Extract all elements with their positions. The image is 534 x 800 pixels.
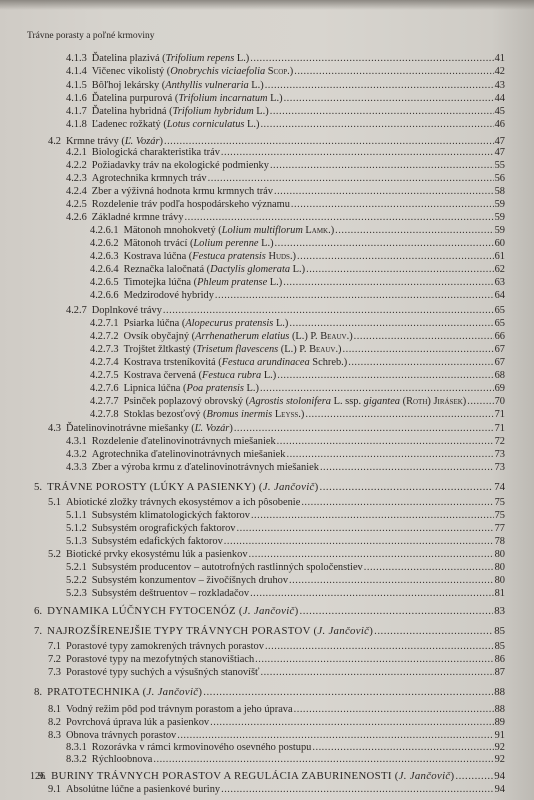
toc-entry-number: 4.2 [48,136,61,148]
toc-entry: 4.2.7.8Stoklas bezosťový (Bromus inermis… [90,409,505,421]
toc-entry-page: 94 [495,784,505,796]
toc-entry-page: 41 [495,53,505,65]
toc-entry-page: 88 [495,704,505,716]
leader-dots [277,370,493,382]
toc-entry: 4.2.7Doplnkové trávy65 [66,305,505,317]
toc-entry-number: 4.1.8 [66,119,87,131]
toc-entry: 9.BURINY TRÁVNYCH PORASTOV A REGULÁCIA Z… [38,770,505,782]
toc-entry-number: 5.2.2 [66,575,87,587]
running-head: Trávne porasty a poľné krmoviny [27,31,155,41]
toc-entry-page: 81 [495,588,505,600]
toc-entry-page: 92 [495,742,505,754]
leader-dots [306,264,494,276]
leader-dots [270,160,494,172]
leader-dots [260,383,494,395]
toc-entry: 5.1Abiotické zložky trávnych ekosystémov… [48,497,505,509]
toc-entry-page: 43 [495,80,505,92]
toc-entry-number: 4.2.5 [66,199,87,211]
toc-entry: 4.2.7.6Lipnica lúčna (Poa pratensis L.)6… [90,383,505,395]
leader-dots [250,53,493,65]
toc-entry-title: Povrchová úprava lúk a pasienkov [66,717,209,729]
page-top-shadow [0,0,534,10]
toc-entry-title: Obnova trávnych porastov [66,730,176,742]
leader-dots [364,562,494,574]
toc-entry-number: 4.2.7.4 [90,357,119,369]
toc-entry-number: 4.3.3 [66,462,87,474]
toc-entry-page: 67 [495,344,505,356]
toc-entry-page: 73 [495,462,505,474]
toc-entry-number: 4.2.6.2 [90,238,119,250]
leader-dots [300,605,494,617]
toc-entry: 4.3.1Rozdelenie ďatelinovinotrávnych mie… [66,436,505,448]
leader-dots [260,667,493,679]
toc-entry-number: 4.2.6.3 [90,251,119,263]
toc-entry-title: DYNAMIKA LÚČNYCH FYTOCENÓZ (J. Jančovič) [47,605,298,617]
toc-entry-title: Porastové typy zamokrených trávnych pora… [66,641,264,653]
leader-dots [467,396,493,408]
toc-entry-number: 5.1.2 [66,523,87,535]
toc-entry-page: 47 [495,147,505,159]
leader-dots [153,754,493,766]
toc-entry: 4.2.7.4Kostrava trsteníkovitá (Festuca a… [90,357,505,369]
toc-entry-title: Subsystém orografických faktorov [92,523,236,535]
leader-dots [301,497,493,509]
toc-entry-title: Kostrava lúčna (Festuca pratensis Huds.) [124,251,296,263]
toc-entry-page: 85 [495,641,505,653]
toc-entry-title: Biotické prvky ekosystému lúk a pasienko… [66,549,248,561]
leader-dots [274,186,494,198]
toc-entry-page: 62 [495,264,505,276]
toc-entry-page: 77 [495,523,505,535]
toc-entry: 8.3.2Rýchloobnova92 [66,754,505,766]
toc-entry: 4.3.3Zber a výroba krmu z ďatelinovinotr… [66,462,505,474]
leader-dots [348,357,493,369]
toc-entry: 4.1.6Ďatelina purpurová (Trifolium incar… [66,93,505,105]
toc-entry: 5.1.2Subsystém orografických faktorov77 [66,523,505,535]
toc-entry: 4.1.8Ľadenec rožkatý (Lotus corniculatus… [66,119,505,131]
toc-entry-page: 61 [495,251,505,263]
toc-entry-page: 85 [494,625,505,637]
toc-entry-number: 4.2.7.7 [90,396,119,408]
toc-entry-number: 4.3.2 [66,449,87,461]
toc-entry-page: 88 [494,686,505,698]
toc-entry: 4.2.6.4Reznačka laločnatá (Dactylis glom… [90,264,505,276]
toc-entry-title: Mätonoh trvácí (Lolium perenne L.) [124,238,274,250]
leader-dots [286,449,493,461]
toc-entry: 4.2.6.1Mätonoh mnohokvetý (Lolium multif… [90,225,505,237]
toc-entry-number: 4.2.7.2 [90,331,119,343]
toc-entry-page: 94 [494,770,505,782]
toc-entry-page: 91 [495,730,505,742]
toc-entry-number: 7.2 [48,654,61,666]
toc-entry-title: Vičenec vikolistý (Onobrychis viciaefoli… [92,66,293,78]
leader-dots [221,147,494,159]
toc-entry: 4.2.4Zber a výživná hodnota krmu krmnych… [66,186,505,198]
toc-entry: 4.2.6.6Medzirodové hybridy64 [90,290,505,302]
leader-dots [221,784,494,796]
toc-entry-number: 5.2.3 [66,588,87,600]
toc-entry-title: Subsystém konzumentov – živočíšnych druh… [92,575,288,587]
leader-dots [374,625,493,637]
leader-dots [203,686,493,698]
page-number: 126 [30,771,45,782]
toc-entry-number: 4.1.3 [66,53,87,65]
leader-dots [294,66,493,78]
toc-entry: 4.2.6.2Mätonoh trvácí (Lolium perenne L.… [90,238,505,250]
toc-entry: 4.1.7Ďatelina hybridná (Trifolium hybrid… [66,106,505,118]
toc-entry-page: 71 [495,409,505,421]
toc-entry: 8.2Povrchová úprava lúk a pasienkov89 [48,717,505,729]
toc-entry: 4.2.3Agrotechnika krmnych tráv56 [66,173,505,185]
toc-entry-title: Reznačka laločnatá (Dactylis glomerata L… [124,264,306,276]
leader-dots [234,423,494,435]
toc-entry-title: Kostrava červená (Festuca rubra L.) [124,370,277,382]
toc-entry-number: 4.3 [48,423,61,435]
leader-dots [335,225,493,237]
toc-entry-number: 4.2.7.3 [90,344,119,356]
toc-entry: 4.3.2Agrotechnika ďatelinovinotrávnych m… [66,449,505,461]
leader-dots [249,549,494,561]
toc-entry-page: 89 [495,717,505,729]
toc-entry: 6.DYNAMIKA LÚČNYCH FYTOCENÓZ (J. Jančovi… [34,605,505,617]
toc-entry-page: 55 [495,160,505,172]
leader-dots [177,730,493,742]
toc-entry-title: Biologická charakteristika tráv [92,147,220,159]
toc-entry-page: 69 [495,383,505,395]
toc-entry-page: 92 [495,754,505,766]
leader-dots [250,588,494,600]
leader-dots [354,331,494,343]
leader-dots [291,199,494,211]
toc-entry-page: 70 [495,396,505,408]
toc-entry-title: Rozorávka v rámci krmovinového osevného … [92,742,312,754]
leader-dots [265,80,494,92]
toc-entry-title: Vodný režim pôd pod trávnym porastom a j… [66,704,293,716]
toc-entry-number: 4.2.7.1 [90,318,119,330]
toc-entry-number: 4.1.7 [66,106,87,118]
toc-entry-number: 5.2.1 [66,562,87,574]
toc-entry: 5.2Biotické prvky ekosystému lúk a pasie… [48,549,505,561]
toc-entry-title: Timotejka lúčna (Phleum pratense L.) [124,277,283,289]
toc-entry: 7.1Porastové typy zamokrených trávnych p… [48,641,505,653]
toc-entry-page: 74 [494,481,505,493]
toc-entry-title: BURINY TRÁVNYCH PORASTOV A REGULÁCIA ZAB… [51,770,454,782]
toc-entry: 8.PRATOTECHNIKA (J. Jančovič)88 [34,686,505,698]
toc-entry-title: Ďatelina plazivá (Trifolium repens L.) [92,53,249,65]
leader-dots [215,290,494,302]
toc-entry-title: PRATOTECHNIKA (J. Jančovič) [47,686,202,698]
toc-entry-number: 4.2.6.1 [90,225,119,237]
leader-dots [289,575,494,587]
toc-entry-number: 4.2.4 [66,186,87,198]
toc-entry-title: Agrotechnika ďatelinovinotrávnych miešan… [92,449,286,461]
toc-entry-number: 4.2.2 [66,160,87,172]
toc-entry: 5.2.1Subsystém producentov – autotrofnýc… [66,562,505,574]
toc-entry-number: 7.1 [48,641,61,653]
toc-entry-number: 8.1 [48,704,61,716]
toc-entry-page: 63 [495,277,505,289]
toc-entry-number: 4.1.5 [66,80,87,92]
toc-entry-page: 60 [495,238,505,250]
toc-entry-number: 4.3.1 [66,436,87,448]
toc-entry-number: 8.3.1 [66,742,87,754]
toc-entry-number: 4.2.7 [66,305,87,317]
leader-dots [251,510,494,522]
toc-entry-page: 46 [495,119,505,131]
toc-entry-page: 68 [495,370,505,382]
toc-entry-title: Rozdelenie ďatelinovinotrávnych miešanie… [92,436,276,448]
leader-dots [297,251,494,263]
toc-entry-title: Doplnkové trávy [92,305,162,317]
toc-entry-page: 80 [495,562,505,574]
toc-entry-page: 67 [495,357,505,369]
toc-entry-title: Ovsík obyčajný (Arrhenatherum elatius (L… [124,331,353,343]
toc-entry-title: Stoklas bezosťový (Bromus inermis Leyss.… [124,409,305,421]
toc-entry: 5.2.3Subsystém deštruentov – rozkladačov… [66,588,505,600]
toc-entry-title: Psinček poplazový obrovský (Agrostis sto… [124,396,467,408]
toc-entry: 5.2.2Subsystém konzumentov – živočíšnych… [66,575,505,587]
toc-entry-title: Medzirodové hybridy [124,290,214,302]
toc-entry-page: 66 [495,331,505,343]
leader-dots [270,106,494,118]
toc-entry-title: Rýchloobnova [92,754,153,766]
toc-entry: 8.3.1Rozorávka v rámci krmovinového osev… [66,742,505,754]
toc-entry: 5.1.1Subsystém klimatologických faktorov… [66,510,505,522]
toc-entry-page: 56 [495,173,505,185]
toc-entry-title: Subsystém klimatologických faktorov [92,510,250,522]
toc-entry-number: 8.3.2 [66,754,87,766]
toc-entry: 5.TRÁVNE POROSTY (LÚKY A PASIENKY) (J. J… [34,481,505,493]
toc-entry-title: TRÁVNE POROSTY (LÚKY A PASIENKY) (J. Jan… [47,481,318,493]
toc-entry: 4.2.2Požiadavky tráv na ekologické podmi… [66,160,505,172]
toc-entry-number: 5.1.1 [66,510,87,522]
toc-entry: 4.2.1Biologická charakteristika tráv47 [66,147,505,159]
toc-entry-number: 8.3 [48,730,61,742]
toc-entry: 4.2.7.3Trojštet žltkastý (Trisetum flave… [90,344,505,356]
toc-entry-title: Požiadavky tráv na ekologické podmienky [92,160,269,172]
leader-dots [312,742,493,754]
toc-entry: 4.2.7.5Kostrava červená (Festuca rubra L… [90,370,505,382]
toc-entry-page: 64 [495,290,505,302]
toc-entry: 4.2.7.1Psiarka lúčna (Alopecurus pratens… [90,318,505,330]
toc-entry-title: Porastové typy suchých a výsušných stano… [66,667,259,679]
toc-entry-title: Zber a výroba krmu z ďatelinovinotrávnyc… [92,462,319,474]
toc-entry-title: Porastové typy na mezofytných stanovišti… [66,654,254,666]
toc-entry-title: Agrotechnika krmnych tráv [92,173,207,185]
toc-entry-page: 58 [495,186,505,198]
leader-dots [210,717,493,729]
toc-entry-number: 5.2 [48,549,61,561]
toc-entry: 8.1Vodný režim pôd pod trávnym porastom … [48,704,505,716]
toc-entry-page: 75 [495,510,505,522]
leader-dots [320,462,494,474]
toc-entry-title: Ďatelina purpurová (Trifolium incarnatum… [92,93,283,105]
toc-entry-number: 5. [34,481,42,493]
leader-dots [455,770,493,782]
toc-entry: 4.1.4Vičenec vikolistý (Onobrychis vicia… [66,66,505,78]
toc-entry-number: 4.2.6 [66,212,87,224]
toc-entry: 4.1.5Bôľhoj lekársky (Anthyllis vulnerar… [66,80,505,92]
toc-entry-title: Psiarka lúčna (Alopecurus pratensis L.) [124,318,289,330]
toc-entry-number: 4.2.6.4 [90,264,119,276]
toc-entry: 7.3Porastové typy suchých a výsušných st… [48,667,505,679]
toc-entry-page: 80 [495,549,505,561]
toc-entry-page: 44 [495,93,505,105]
leader-dots [305,409,493,421]
leader-dots [265,641,494,653]
toc-entry-number: 4.2.6.5 [90,277,119,289]
toc-entry-page: 83 [494,605,505,617]
toc-entry-number: 7.3 [48,667,61,679]
toc-entry-page: 73 [495,449,505,461]
toc-entry-page: 59 [495,199,505,211]
toc-entry-number: 4.1.6 [66,93,87,105]
toc-entry: 4.1.3Ďatelina plazivá (Trifolium repens … [66,53,505,65]
toc-entry-number: 4.1.4 [66,66,87,78]
leader-dots [260,119,493,131]
leader-dots [224,536,494,548]
leader-dots [255,654,493,666]
toc-entry-page: 75 [495,497,505,509]
toc-entry-number: 5.1.3 [66,536,87,548]
toc-entry-page: 86 [495,654,505,666]
toc-entry: 4.2.7.2Ovsík obyčajný (Arrhenatherum ela… [90,331,505,343]
toc-entry-number: 9.1 [48,784,61,796]
toc-entry: 7.NAJROZŠÍRENEJŠIE TYPY TRÁVNYCH PORASTO… [34,625,505,637]
toc-entry-page: 87 [495,667,505,679]
toc-entry-title: Kostrava trsteníkovitá (Festuca arundina… [124,357,348,369]
toc-entry-title: Subsystém deštruentov – rozkladačov [92,588,249,600]
toc-entry: 4.2.6Základné krmne trávy59 [66,212,505,224]
toc-entry-title: Zber a výživná hodnota krmu krmnych tráv [92,186,273,198]
leader-dots [284,93,494,105]
toc-entry-page: 65 [495,318,505,330]
toc-entry: 4.3Ďatelinovinotrávne miešanky (Ľ. Vozár… [48,423,505,435]
toc-entry-number: 4.2.7.6 [90,383,119,395]
leader-dots [294,704,494,716]
toc-entry: 9.1Absolútne lúčne a pasienkové buriny94 [48,784,505,796]
toc-entry-title: NAJROZŠÍRENEJŠIE TYPY TRÁVNYCH PORASTOV … [47,625,373,637]
toc-entry: 4.2.6.5Timotejka lúčna (Phleum pratense … [90,277,505,289]
toc-entry-number: 6. [34,605,42,617]
toc-entry-page: 71 [495,423,505,435]
toc-entry-title: Trojštet žltkastý (Trisetum flavescens (… [124,344,342,356]
toc-entry-title: Lipnica lúčna (Poa pratensis L.) [124,383,259,395]
toc-entry-page: 72 [495,436,505,448]
toc-entry-title: Základné krmne trávy [92,212,184,224]
toc-entry-page: 80 [495,575,505,587]
toc-entry-number: 4.2.7.5 [90,370,119,382]
leader-dots [163,305,494,317]
leader-dots [289,318,493,330]
toc-entry-title: Ďatelina hybridná (Trifolium hybridum L.… [92,106,269,118]
toc-entry-number: 4.2.7.8 [90,409,119,421]
toc-entry-page: 45 [495,106,505,118]
leader-dots [208,173,494,185]
toc-entry-page: 59 [495,225,505,237]
toc-entry: 5.1.3Subsystém edafických faktorov78 [66,536,505,548]
toc-entry-number: 4.2.6.6 [90,290,119,302]
leader-dots [283,277,493,289]
leader-dots [275,238,494,250]
leader-dots [185,212,494,224]
toc-entry-page: 42 [495,66,505,78]
toc-entry-title: Absolútne lúčne a pasienkové buriny [66,784,220,796]
leader-dots [343,344,494,356]
toc-entry-title: Bôľhoj lekársky (Anthyllis vulneraria L.… [92,80,264,92]
toc-entry-number: 8.2 [48,717,61,729]
toc-entry-title: Rozdelenie tráv podľa hospodárskeho význ… [92,199,290,211]
toc-entry-number: 4.2.1 [66,147,87,159]
toc-entry-title: Ľadenec rožkatý (Lotus corniculatus L.) [92,119,260,131]
toc-entry-page: 78 [495,536,505,548]
toc-entry-number: 4.2.3 [66,173,87,185]
toc-entry-page: 65 [495,305,505,317]
toc-entry-number: 7. [34,625,42,637]
toc-entry-number: 8. [34,686,42,698]
toc-entry-title: Subsystém edafických faktorov [92,536,223,548]
toc-entry-title: Mätonoh mnohokvetý (Lolium multiflorum L… [124,225,335,237]
leader-dots [320,481,494,493]
toc-entry: 8.3Obnova trávnych porastov91 [48,730,505,742]
toc-entry: 4.2.5Rozdelenie tráv podľa hospodárskeho… [66,199,505,211]
toc-entry-title: Ďatelinovinotrávne miešanky (Ľ. Vozár) [66,423,233,435]
toc-entry-title: Subsystém producentov – autotrofných ras… [92,562,363,574]
toc-entry: 7.2Porastové typy na mezofytných stanovi… [48,654,505,666]
toc-entry: 4.2.7.7Psinček poplazový obrovský (Agros… [90,396,505,408]
leader-dots [277,436,494,448]
toc-entry-title: Abiotické zložky trávnych ekosystémov a … [66,497,300,509]
toc-entry: 4.2.6.3Kostrava lúčna (Festuca pratensis… [90,251,505,263]
toc-entry-number: 5.1 [48,497,61,509]
toc-entry-page: 59 [495,212,505,224]
leader-dots [237,523,494,535]
